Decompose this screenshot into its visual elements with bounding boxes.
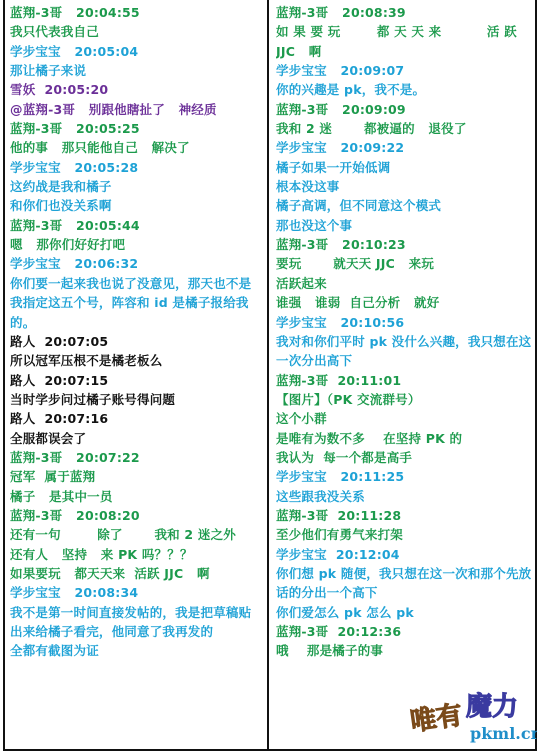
message-text: 出来给橘子看完，他同意了我再发的 <box>10 622 266 641</box>
message-header: 雪妖 20:05:20 <box>10 80 266 99</box>
message-text: 所以冠军压根不是橘老板么 <box>10 351 266 370</box>
message-text: 【图片】（PK 交流群号） <box>276 390 534 409</box>
logo-url: pkml.cn <box>470 724 537 743</box>
message-text: 我只代表我自己 <box>10 22 266 41</box>
message-text: 那也没这个事 <box>276 216 534 235</box>
message-text: 这个小群 <box>276 409 534 428</box>
message-header: 蓝翔-3哥 20:11:01 <box>276 371 534 390</box>
message-text: 一次分出高下 <box>276 351 534 370</box>
message-header: 蓝翔-3哥 20:12:36 <box>276 622 534 641</box>
column-divider <box>267 0 269 751</box>
message-header: 学步宝宝 20:10:56 <box>276 313 534 332</box>
message-header: 蓝翔-3哥 20:11:28 <box>276 506 534 525</box>
watermark-logo: 唯有 魔力 pkml.cn <box>410 678 532 748</box>
message-text: 橘子如果一开始低调 <box>276 158 534 177</box>
message-header: 蓝翔-3哥 20:04:55 <box>10 3 266 22</box>
message-header: 蓝翔-3哥 20:07:22 <box>10 448 266 467</box>
message-text: 全服都误会了 <box>10 429 266 448</box>
message-text: 至少他们有勇气来打架 <box>276 525 534 544</box>
message-text: @蓝翔-3哥 别跟他瞎扯了 神经质 <box>10 100 266 119</box>
message-header: 学步宝宝 20:06:32 <box>10 254 266 273</box>
message-text: 你们想 pk 随便，我只想在这一次和那个先放 <box>276 564 534 583</box>
message-text: 你的兴趣是 pk，我不是。 <box>276 80 534 99</box>
message-text: 冠军 属于蓝翔 <box>10 467 266 486</box>
message-header: 学步宝宝 20:09:07 <box>276 61 534 80</box>
message-header: 学步宝宝 20:11:25 <box>276 467 534 486</box>
message-header: 学步宝宝 20:05:28 <box>10 158 266 177</box>
message-header: 路人 20:07:16 <box>10 409 266 428</box>
message-text: 还有一句 除了 我和 2 迷之外 <box>10 525 266 544</box>
logo-text-weiyou: 唯有 <box>408 695 465 739</box>
message-header: 蓝翔-3哥 20:08:20 <box>10 506 266 525</box>
message-text: 当时学步问过橘子账号得问题 <box>10 390 266 409</box>
message-text: 他的事 那只能他自己 解决了 <box>10 138 266 157</box>
message-text: 嗯 那你们好好打吧 <box>10 235 266 254</box>
message-header: 蓝翔-3哥 20:10:23 <box>276 235 534 254</box>
message-text: 还有人 坚持 来 PK 吗？？？ <box>10 545 266 564</box>
chat-column-right: 蓝翔-3哥 20:08:39如 果 要 玩 都 天 天 来 活 跃JJC 啊学步… <box>276 3 534 661</box>
message-text: 谁强 谁弱 自己分析 就好 <box>276 293 534 312</box>
logo-text-moli: 魔力 <box>466 686 518 723</box>
message-text: 根本没这事 <box>276 177 534 196</box>
message-text: 哦 那是橘子的事 <box>276 641 534 660</box>
message-text: 和你们也没关系啊 <box>10 196 266 215</box>
message-header: 蓝翔-3哥 20:09:09 <box>276 100 534 119</box>
message-text: 那让橘子来说 <box>10 61 266 80</box>
message-header: 蓝翔-3哥 20:08:39 <box>276 3 534 22</box>
message-text: 话的分出一个高下 <box>276 583 534 602</box>
message-header: 学步宝宝 20:05:04 <box>10 42 266 61</box>
message-text: 如果要玩 都天天来 活跃 JJC 啊 <box>10 564 266 583</box>
message-text: 你们要一起来我也说了没意见，那天也不是 <box>10 274 266 293</box>
message-text: 你们爱怎么 pk 怎么 pk <box>276 603 534 622</box>
message-text: 这些跟我没关系 <box>276 487 534 506</box>
message-header: 路人 20:07:05 <box>10 332 266 351</box>
message-text: 橘子高调，但不同意这个模式 <box>276 196 534 215</box>
message-header: 学步宝宝 20:08:34 <box>10 583 266 602</box>
message-text: 全都有截图为证 <box>10 641 266 660</box>
message-text: 的。 <box>10 313 266 332</box>
message-header: 学步宝宝 20:12:04 <box>276 545 534 564</box>
message-text: 是唯有为数不多 在坚持 PK 的 <box>276 429 534 448</box>
message-header: 蓝翔-3哥 20:05:25 <box>10 119 266 138</box>
message-header: 蓝翔-3哥 20:05:44 <box>10 216 266 235</box>
message-text: 活跃起来 <box>276 274 534 293</box>
message-text: 我不是第一时间直接发帖的，我是把草稿贴 <box>10 603 266 622</box>
chat-column-left: 蓝翔-3哥 20:04:55我只代表我自己学步宝宝 20:05:04那让橘子来说… <box>10 3 266 661</box>
message-text: 橘子 是其中一员 <box>10 487 266 506</box>
message-text: 这约战是我和橘子 <box>10 177 266 196</box>
message-text: 我指定这五个号，阵容和 id 是橘子报给我 <box>10 293 266 312</box>
message-text: 我认为 每一个都是高手 <box>276 448 534 467</box>
message-header: 学步宝宝 20:09:22 <box>276 138 534 157</box>
message-header: 路人 20:07:15 <box>10 371 266 390</box>
message-text: 我对和你们平时 pk 没什么兴趣，我只想在这 <box>276 332 534 351</box>
message-text: 要玩 就天天 JJC 来玩 <box>276 254 534 273</box>
message-text: 我和 2 迷 都被逼的 退役了 <box>276 119 534 138</box>
message-text: JJC 啊 <box>276 42 534 61</box>
message-text: 如 果 要 玩 都 天 天 来 活 跃 <box>276 22 534 41</box>
